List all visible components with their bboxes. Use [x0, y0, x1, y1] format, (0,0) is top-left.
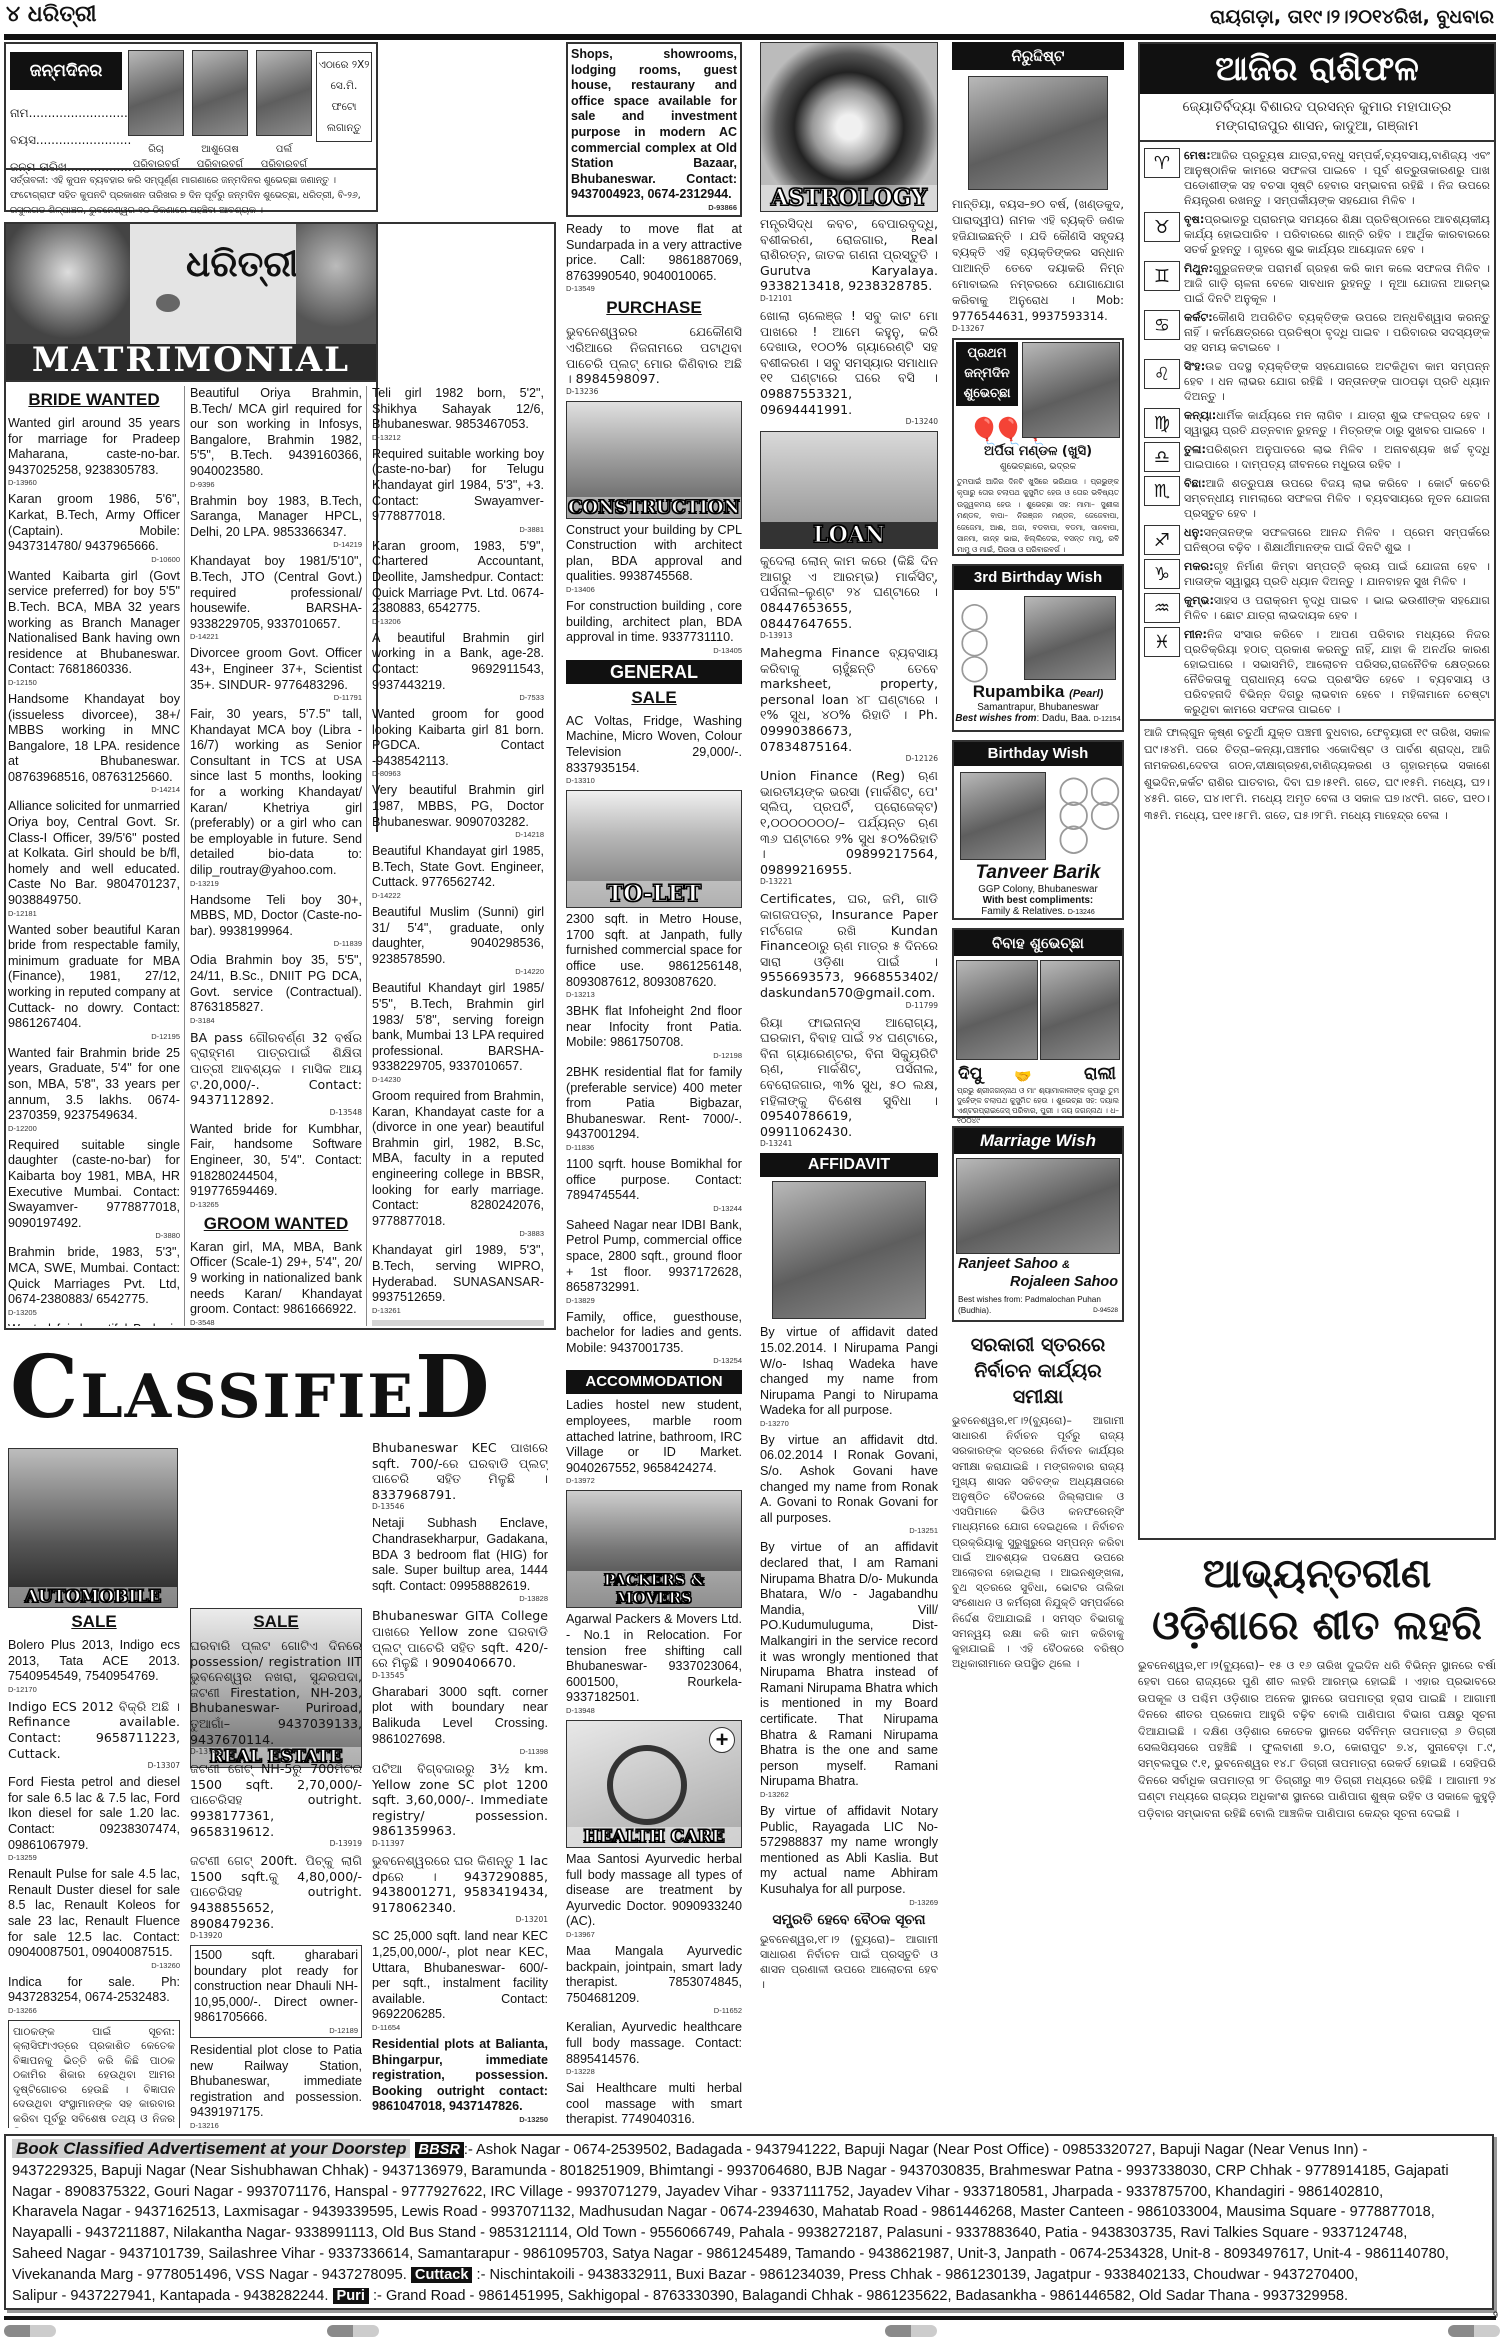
- classified-ad: ଖୋଲା ଚାଲେଞ୍ଜ ! ସବୁ କାଟ ମୋ ପାଖରେ ! ଆମେ କହ…: [760, 308, 938, 426]
- classified-ad: ପଟିଆ ବିଗ୍‌ବଜାରରୁ 3½ km. Yellow zone SC p…: [372, 1761, 548, 1848]
- classified-ad: Wanted sober beautiful Karan bride from …: [8, 923, 180, 1041]
- horoscope-title: ଆଜିର ରାଶିଫଳ: [1140, 44, 1494, 94]
- classified-ad: Handsome Teli boy 30+, MBBS, MD, Doctor …: [190, 893, 362, 949]
- classified-ad: By virtue of an affidavit declared that,…: [760, 1540, 938, 1799]
- horoscope-sign: ♈ମେଷ:ଆଜିର ପ୍ରତ୍ୟୁଷ ଯାତ୍ରା,ବନ୍ଧୁ ସମ୍ପର୍କ,…: [1144, 146, 1490, 210]
- classified-ad: ଭୁବନେଶ୍ୱରର ଯେକୌଣସି ଏରିଆରେ ନିଜନାମରେ ପଟାଥି…: [566, 324, 742, 395]
- classified-ad: Odia Brahmin boy 35, 5'5", 24/11, B.Sc.,…: [190, 953, 362, 1024]
- classified-ad: SC 25,000 sqft. land near KEC 1,25,00,00…: [372, 1929, 548, 2032]
- classified-ad: Certificates, ଘର, ଜମି, ଗାଡି କାଗଜପତ୍ର, In…: [760, 891, 938, 1009]
- classified-ad: Maa Santosi Ayurvedic herbal full body m…: [566, 1852, 742, 1939]
- classified-ad: Beautiful Oriya Brahmin, B.Tech/ MCA gir…: [190, 386, 362, 489]
- classified-ad: Required suitable working boy (caste-no-…: [372, 447, 544, 534]
- missing-heading: ନିରୁଦ୍ଦିଷ୍ଟ: [952, 42, 1124, 70]
- cuttack-tag: Cuttack: [411, 2267, 473, 2283]
- horoscope-byline: ଜ୍ୟୋତିର୍ବିଦ୍ୟା ବିଶାରଦ ପ୍ରସନ୍ନ କୁମାର ମହାପ…: [1140, 94, 1494, 142]
- marriage-wish-ad: Marriage Wish Ranjeet Sahoo & Rojaleen S…: [952, 1126, 1124, 1322]
- classified-ad: 2300 sqft. in Metro House, 1700 sqft. at…: [566, 912, 742, 999]
- classified-ad: 3BHK flat Infoheight 2nd floor near Info…: [566, 1004, 742, 1060]
- classified-ad: Saheed Nagar near IDBI Bank, Petrol Pump…: [566, 1218, 742, 1305]
- construction-image: CONSTRUCTION: [566, 401, 742, 519]
- classified-ad: ମନ୍ତ୍ରସିଦ୍ଧ କବଚ, ବେପାରବୃଦ୍ଧି, ବଶୀକରଣ, ରୋ…: [760, 216, 938, 303]
- classified-ad: Keralian, Ayurvedic healthcare full body…: [566, 2020, 742, 2076]
- zodiac-icon: ♑: [1144, 559, 1180, 589]
- horoscope-sign: ♏ବିଛା:ଆଜି ଶତ୍ରୁପକ୍ଷ ଉପରେ ବିଜୟ ଲାଭ କରିବେ …: [1144, 474, 1490, 523]
- zodiac-icon: ♏: [1144, 476, 1180, 506]
- balloons-icon: ◯◯◯◯◯: [1058, 778, 1121, 850]
- coupon-title: ଜନ୍ମଦିନର ଶୁଭେଚ୍ଛା: [10, 52, 122, 90]
- groom-photo: [956, 960, 1038, 1060]
- missing-notice: ମାନ୍ତିୟା, ବୟସ–୭୦ ବର୍ଷ, (ଖଣ୍ଡକୁଦ, ପାରାଦ୍ୱ…: [952, 196, 1124, 333]
- zodiac-icon: ♋: [1144, 310, 1180, 340]
- dateline: ରାୟଗଡ଼ା, ତା୧୯।୨।୨୦୧୪ରିଖ, ବୁଧବାର: [1210, 6, 1494, 28]
- classified-ad: Karan girl, MA, MBA, Bank Officer (Scale…: [190, 1240, 362, 1326]
- bride-wanted-heading: BRIDE WANTED: [8, 390, 180, 410]
- zodiac-icon: ♊: [1144, 261, 1180, 291]
- news-kicker: ଆଭ୍ୟନ୍ତରୀଣ: [1138, 1548, 1496, 1600]
- classified-ad: A beautiful Brahmin girl working in a Ba…: [372, 631, 544, 702]
- classified-ad: Teli girl 1982 born, 5'2", Shikhya Sahay…: [372, 386, 544, 442]
- matrimonial-col1: BRIDE WANTED Wanted girl around 35 years…: [8, 386, 180, 1326]
- news-headline-small: ସମ୍ପ୍ରତି ହେବେ ବୈଠକ ସୂଚନା: [760, 1912, 938, 1928]
- classified-ad: Union Finance (Reg) ଋଣ ଭାରତୀୟଙ୍କ ଭରସା (ମ…: [760, 768, 938, 886]
- coupon-child-photo: ରିଚାପରିବାରବର୍ଗ: [128, 50, 184, 172]
- classified-ad: Brahmin bride, 1983, 5'3", MCA, SWE, Mum…: [8, 1245, 180, 1316]
- classified-ad: Sai Healthcare multi herbal cool massage…: [566, 2081, 742, 2130]
- drum-icon: [156, 294, 180, 312]
- horoscope-sign: ♐ଧନୁ:ସନ୍ତାନଙ୍କ ସଫଳତାରେ ଆନନ୍ଦ ମିଳିବ । ପ୍ର…: [1144, 523, 1490, 557]
- classified-ad: ଘରବାରି ପ୍ଲଟ ଗୋଟିଏ ଦିନରେ possession/ regi…: [190, 1638, 362, 1756]
- coupon-photos: ରିଚାପରିବାରବର୍ଗଆଶୁତୋଷପରିବାରବର୍ଗପର୍ଲପରିବାର…: [128, 50, 312, 172]
- groom-wanted-heading: GROOM WANTED: [190, 1214, 362, 1234]
- classified-ad: Mahegma Finance ବ୍ୟବସାୟ କରିବାକୁ ଚାହୁଁଛନ୍…: [760, 645, 938, 763]
- page-number: 9: [1493, 2310, 1498, 2320]
- classified-ad: 1100 sqrft. house Bomikhal for office pu…: [566, 1157, 742, 1213]
- horoscope-sign: ♑ମକର:ଗୃହ ନିର୍ମାଣ କିମ୍ବା ସମ୍ପତ୍ତି କ୍ରୟ ପା…: [1144, 557, 1490, 591]
- classified-ad: By virtue of affidavit dated 15.02.2014.…: [760, 1325, 938, 1428]
- horoscope-sign: ♌ସିଂହ:ଉଚ୍ଚ ପଦସ୍ଥ ବ୍ୟକ୍ତିଙ୍କ ସହଯୋଗରେ ଅଟକି…: [1144, 357, 1490, 406]
- classified-ad: କୁଦେଲା ଲୋନ୍ କାମ କରେ (କିଛି ଦିନ ଆଗରୁ ଏ ଆରମ…: [760, 553, 938, 640]
- election-headline: ସରକାରୀ ସ୍ତରରେ ନିର୍ବାଚନ କାର୍ଯ୍ୟର ସମୀକ୍ଷା: [952, 1332, 1124, 1410]
- coupon-name-field[interactable]: ନାମ..........................: [10, 100, 136, 127]
- coupon-child-photo: ପର୍ଲପରିବାରବର୍ଗ: [256, 50, 312, 172]
- classified-ad: AC Voltas, Fridge, Washing Machine, Micr…: [566, 714, 742, 785]
- horoscope-sign: ♒କୁମ୍ଭ:ସାହସ ଓ ପରାକ୍ରମ ବୃଦ୍ଧି ପାଇବ । ଭାଇ …: [1144, 591, 1490, 625]
- classified-ad: Beautiful Khandayat girl 1985, B.Tech, S…: [372, 844, 544, 900]
- realestate-sale-column: SALE ଘରବାରି ପ୍ଲଟ ଗୋଟିଏ ଦିନରେ possession/…: [190, 1608, 362, 2128]
- bottom-rule: [4, 2316, 1496, 2320]
- horoscope-panel: ଆଜିର ରାଶିଫଳ ଜ୍ୟୋତିର୍ବିଦ୍ୟା ବିଶାରଦ ପ୍ରସନ୍…: [1138, 42, 1496, 1540]
- classified-ad: Wanted bride for Kumbhar, Fair, handsome…: [190, 1122, 362, 1209]
- bride-photo: [1040, 960, 1120, 1060]
- classified-ad: ଜଟଣୀ ଗେଟ୍ NH-5ରୁ 700ମିଟର 1500 sqft. 2,70…: [190, 1761, 362, 1848]
- zodiac-icon: ♒: [1144, 593, 1180, 623]
- classified-ad: Construct your building by CPL Construct…: [566, 523, 742, 594]
- photo-placeholder: ଏଠାରେ ୨X୨ ସେ.ମି. ଫଟୋ ଲଗାନ୍ତୁ: [316, 52, 372, 142]
- horoscope-sign: ♎ତୁଳା:ପରିଶ୍ରମ ଅନୁପାତରେ ଲାଭ ମିଳିବ । ଅନାବଶ…: [1144, 440, 1490, 474]
- matrimonial-col3: Teli girl 1982 born, 5'2", Shikhya Sahay…: [372, 386, 544, 1326]
- column-4: Shops, showrooms, lodging rooms, guest h…: [566, 42, 742, 2130]
- third-birthday-ad: 3rd Birthday Wish ◯◯◯ Rupambika (Pearl) …: [952, 564, 1124, 732]
- classified-ad: Divorcee groom Govt. Officer 43+, Engine…: [190, 646, 362, 702]
- realestate-column-3: Bhubaneswar KEC ପାଖରେ sqft. 700/-ରେ ଘରବା…: [372, 1440, 548, 2130]
- classified-ad: Wanted groom for good looking Kaibarta g…: [372, 707, 544, 778]
- classified-ad: By virtue of affidavit Notary Public, Ra…: [760, 1804, 938, 1907]
- auto-sale-column: SALE Bolero Plus 2013, Indigo ecs 2013, …: [8, 1608, 180, 2128]
- classified-ad: Wanted Kaibarta girl (Govt service prefe…: [8, 569, 180, 687]
- classified-ad: Gharabari plots Ravi Talkies, SUM Hospit…: [372, 2129, 548, 2130]
- news-headline: ଓଡ଼ିଶାରେ ଶୀତ ଲହରି: [1138, 1600, 1496, 1652]
- main-news: ଆଭ୍ୟନ୍ତରୀଣ ଓଡ଼ିଶାରେ ଶୀତ ଲହରି ଭୁବନେଶ୍ୱର,୧…: [1138, 1548, 1496, 2130]
- zodiac-icon: ♎: [1144, 442, 1180, 472]
- classified-ad: Khandayat girl 1989, 5'3", B.Tech, servi…: [372, 1243, 544, 1314]
- horoscope-sign: ♓ମୀନ:ନିଜ ସଂସାର କରିବେ । ଆପଣ ପରିବାର ମଧ୍ୟରେ…: [1144, 625, 1490, 719]
- horoscope-sign: ♍କନ୍ୟା:ଧାର୍ମିକ କାର୍ଯ୍ୟରେ ମନ ଲାଗିବ । ଯାତ୍…: [1144, 406, 1490, 440]
- classified-ad: Karan groom 1986, 5'6", Karkat, B.Tech, …: [8, 492, 180, 563]
- matrimonial-col2: Beautiful Oriya Brahmin, B.Tech/ MCA gir…: [190, 386, 362, 1326]
- stethoscope-icon: [607, 1745, 687, 1825]
- reader-notice: ପାଠକଙ୍କ ପାଇଁ ସୂଚନା: କ୍ଲାସିଫାଏଡ୍‌ରେ ପ୍ରକା…: [8, 2020, 180, 2128]
- classified-ad: Renault Pulse for sale 4.5 lac, Renault …: [8, 1867, 180, 1970]
- affidavit-photo: [772, 1181, 926, 1319]
- page-folio: ୪ ଧରିତ୍ରୀ: [6, 2, 97, 27]
- classified-ad: ରିୟା ଫାଇନାନ୍ସ ଆରୋଗ୍ୟ, ଘରକାମ, ବିବାହ ପାଇଁ …: [760, 1015, 938, 1149]
- election-story: ଭୁବନେଶ୍ୱର,୧୮।୨(ବ୍ୟୁରୋ)– ଆଗାମୀ ସାଧାରଣ ନିର…: [952, 1414, 1124, 1672]
- classified-ad: Brahmin boy 1983, B.Tech, Saranga, Manag…: [190, 494, 362, 550]
- child-photo: [192, 50, 248, 136]
- astrology-image: ASTROLOGY: [760, 42, 938, 212]
- classified-ad: By virtue an affidavit dtd. 06.02.2014 I…: [760, 1433, 938, 1536]
- child-photo: [256, 50, 312, 136]
- classified-ad: Agarwal Packers & Movers Ltd. - No.1 in …: [566, 1612, 742, 1715]
- zodiac-icon: ♓: [1144, 627, 1180, 657]
- column-6: ନିରୁଦ୍ଦିଷ୍ଟ ମାନ୍ତିୟା, ବୟସ–୭୦ ବର୍ଷ, (ଖଣ୍ଡ…: [952, 42, 1124, 2130]
- missing-person-photo: [968, 76, 1108, 190]
- commercial-complex-ad: Shops, showrooms, lodging rooms, guest h…: [566, 42, 742, 217]
- coupon-age-field[interactable]: ବୟସ.........................: [10, 127, 136, 154]
- classified-ad: Residential plots at Balianta, Bhingarpu…: [372, 2037, 548, 2124]
- bride-photo: [296, 224, 376, 344]
- packers-image: PACKERS & MOVERS: [566, 1490, 742, 1608]
- coupon-child-photo: ଆଶୁତୋଷପରିବାରବର୍ଗ: [192, 50, 248, 172]
- classified-ad: ଜଟଣୀ ଗେଟ୍ 200ft. ପିଚ୍‌କୁ ଲାଗି 1500 sqft.…: [190, 1853, 362, 1940]
- matrimonial-title: MATRIMONIAL: [6, 340, 376, 380]
- bbsr-tag: BBSR: [415, 2142, 464, 2158]
- horoscope-sign: ♊ମିଥୁନ:ଗୁରୁଜନଙ୍କ ପରାମର୍ଶ ଗ୍ରହଣ କରି କାମ କ…: [1144, 259, 1490, 308]
- matrimonial-banner: ଧରିତ୍ରୀ MATRIMONIAL: [4, 222, 378, 382]
- classified-ad: Ladies hostel new student, employees, ma…: [566, 1398, 742, 1485]
- affidavit-heading: AFFIDAVIT: [760, 1153, 938, 1177]
- news-body: ଭୁବନେଶ୍ୱର,୧୮।୨(ବ୍ୟୁରୋ)– ୧୫ ଓ ୧୬ ତାରିଖ ଦୁ…: [1138, 1658, 1496, 1822]
- zodiac-icon: ♐: [1144, 525, 1180, 555]
- handshake-icon: 🤝: [1014, 1068, 1031, 1085]
- automobile-image: AUTOMOBILE: [8, 1448, 178, 1608]
- child-photo: [1024, 596, 1116, 680]
- classified-ad: Indica for sale. Ph: 9437283254, 0674-25…: [8, 1975, 180, 2015]
- first-birthday-ad: ପ୍ରଥମ ଜନ୍ମଦିନ ଶୁଭେଚ୍ଛା 🎈🎈🎈 ଅର୍ପିତା ମଣ୍ଡଳ…: [952, 338, 1124, 556]
- horoscope-sign: ♋କର୍କଟ:କୌଣସି ଅପରିଚିତ ବ୍ୟକ୍ତିଙ୍କ ଉପରେ ଅନ୍…: [1144, 308, 1490, 357]
- coupon-terms: ସର୍ତ୍ତାବଳୀ: ଏହି କୁପନ ବ୍ୟବହାର କରି ସମ୍ପୂର୍…: [6, 168, 376, 221]
- dharitri-logo: ଧରିତ୍ରୀ: [186, 244, 298, 286]
- classified-ad: 1500 sqft. gharabari boundary plot ready…: [190, 1945, 362, 2038]
- zodiac-icon: ♍: [1144, 408, 1180, 438]
- top-rule: [4, 34, 1496, 40]
- classified-ad: Family, office, guesthouse, bachelor for…: [566, 1310, 742, 1366]
- booking-points-band: Book Classified Advertisement at your Do…: [4, 2134, 1494, 2310]
- classified-ad: Fair, 30 years, 5'7.5" tall, Khandayat M…: [190, 707, 362, 888]
- classified-ad: Very beautiful Brahmin girl 1987, MBBS, …: [372, 783, 544, 839]
- classified-banner: ClassifieD: [10, 1338, 550, 1440]
- puri-tag: Puri: [333, 2288, 369, 2304]
- classified-ad: Ready to move flat at Sundarpada in a ve…: [566, 222, 742, 293]
- matrimonial-promo: NOW MATRIMONIAL ADS. ONLY ON WEDNESDAY &…: [372, 1320, 544, 1326]
- birthday-coupon: ଜନ୍ମଦିନର ଶୁଭେଚ୍ଛା ନାମ...................…: [4, 42, 378, 212]
- general-heading: GENERAL: [566, 660, 742, 684]
- classified-ad: Residential plot close to Patia new Rail…: [190, 2043, 362, 2128]
- zodiac-icon: ♈: [1144, 148, 1180, 178]
- couple-photo: [956, 1158, 1120, 1254]
- to-let-image: TO-LET: [566, 790, 742, 908]
- classified-ad: Ford Fiesta petrol and diesel for sale 6…: [8, 1775, 180, 1862]
- classified-ad: Netaji Subhash Enclave, Chandrasekharpur…: [372, 1516, 548, 1603]
- news-body-small: ଭୁବନେଶ୍ୱର,୧୮।୨ (ବ୍ୟୁରୋ)– ଆଗାମୀ ସାଧାରଣ ନି…: [760, 1932, 938, 1992]
- classified-ad: Maa Mangala Ayurvedic backpain, jointpai…: [566, 1944, 742, 2015]
- boy-photo: [960, 772, 1046, 860]
- balloons-icon: ◯◯◯: [960, 602, 989, 680]
- classified-ad: Groom required from Brahmin, Karan, Khan…: [372, 1089, 544, 1238]
- couple-photo: [6, 224, 130, 344]
- classified-ad: Alliance solicited for unmarried Oriya b…: [8, 799, 180, 917]
- classified-ad: Handsome Khandayat boy (issueless divorc…: [8, 692, 180, 795]
- classified-ad: Khandayat boy 1981/5'10", B.Tech, JTO (C…: [190, 554, 362, 641]
- loan-image: LOAN: [760, 431, 938, 549]
- plus-icon: +: [709, 1727, 735, 1753]
- panjika: ଆଜି ଫାଲ୍‌ଗୁନ କୃଷ୍ଣ ଚତୁର୍ଥୀ ଯୁକ୍ତ ପଞ୍ଚମୀ …: [1140, 719, 1494, 828]
- classified-ad: Bhubaneswar KEC ପାଖରେ sqft. 700/-ରେ ଘରବା…: [372, 1440, 548, 1511]
- classified-ad: Wanted girl around 35 years for marriage…: [8, 416, 180, 487]
- vivah-wish-ad: ବିବାହ ଶୁଭେଚ୍ଛା ଦିପୁ 🤝 ରାଲୀ ପ୍ରଭୁ ଶ୍ରୀଜଗନ…: [952, 928, 1124, 1118]
- classified-ad: Wanted fair beautiful Brahmin bride for …: [8, 1322, 180, 1326]
- classified-ad: Bhubaneswar GITA College ପାଖରେ Yellow zo…: [372, 1608, 548, 1679]
- zodiac-icon: ♌: [1144, 359, 1180, 389]
- health-care-image: + HEALTH CARE: [566, 1720, 742, 1848]
- classified-ad: Wanted fair Brahmin bride 25 years, Grad…: [8, 1046, 180, 1133]
- classified-ad: Beautiful Muslim (Sunni) girl 31/ 5'4", …: [372, 905, 544, 976]
- classified-ad: For construction building , core buildin…: [566, 599, 742, 655]
- zodiac-icon: ♉: [1144, 212, 1180, 242]
- classified-ad: Required suitable single daughter (caste…: [8, 1138, 180, 1241]
- footer-lead: Book Classified Advertisement at your Do…: [12, 2139, 410, 2158]
- classified-ad: Bolero Plus 2013, Indigo ecs 2013, Tata …: [8, 1638, 180, 1694]
- child-photo: [128, 50, 184, 136]
- classified-ad: Karan groom, 1983, 5'9", Chartered Accou…: [372, 539, 544, 626]
- classified-ad: 2BHK residential flat for family (prefer…: [566, 1065, 742, 1152]
- classified-ad: Beautiful Khandayt girl 1985/ 5'5", B.Te…: [372, 981, 544, 1084]
- classified-ad: Indigo ECS 2012 ବିକ୍ରି ଅଛି । Refinance a…: [8, 1699, 180, 1770]
- classified-ad: Gharabari 3000 sqft. corner plot with bo…: [372, 1685, 548, 1756]
- birthday-ad: Birthday Wish ◯◯◯◯◯ Tanveer Barik GGP Co…: [952, 740, 1124, 920]
- accommodation-heading: ACCOMMODATION: [566, 1370, 742, 1394]
- classified-ad: ଭୁବନେଶ୍ୱରରେ ଘର କିଣନ୍ତୁ 1 lac dpରେ । 9437…: [372, 1853, 548, 1924]
- baby-photo: [1022, 342, 1120, 438]
- horoscope-sign: ♉ବୃଷ:ପ୍ରଭାତରୁ ପ୍ରାରମ୍ଭ ସମୟରେ ଶିକ୍ଷା ପ୍ରତ…: [1144, 210, 1490, 259]
- classified-ad: BA pass ଗୌରବର୍ଣ୍ଣ 32 ବର୍ଷର ବ୍ରାହ୍ମଣ ପାତ୍…: [190, 1030, 362, 1117]
- column-5: ASTROLOGY ମନ୍ତ୍ରସିଦ୍ଧ କବଚ, ବେପାରବୃଦ୍ଧି, …: [760, 42, 938, 2130]
